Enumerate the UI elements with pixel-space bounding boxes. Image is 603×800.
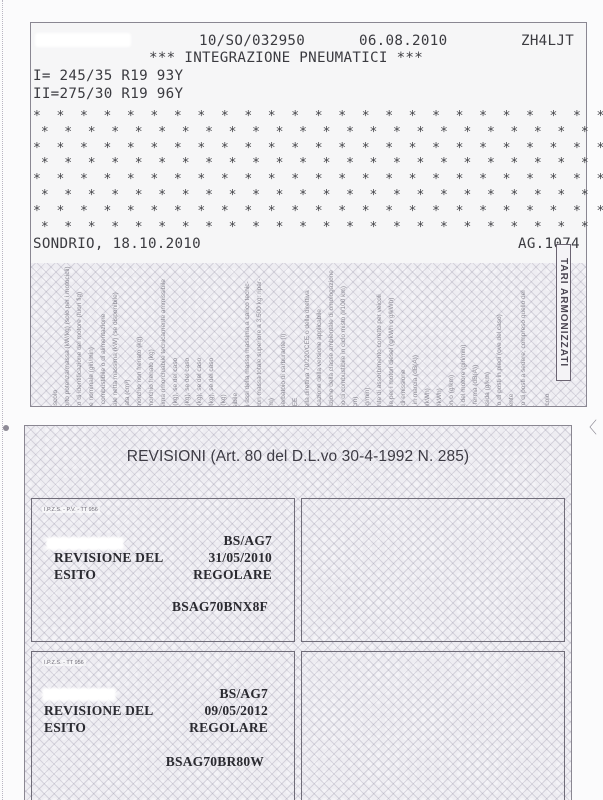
printed-sticker: 10/SO/032950 06.08.2010 ZH4LJT *** INTEG… [31, 23, 586, 263]
revision-box-1: I.P.Z.S. - P.V. - TT 956 BS/AG7 REVISION… [31, 498, 295, 642]
tyre-line-rear: II=275/30 R19 96Y [33, 86, 183, 102]
page-binding-edge [2, 0, 8, 800]
asterisk-row: * * * * * * * * * * * * * * * * * * * * … [33, 125, 603, 140]
revision-date: 31/05/2010 [208, 550, 272, 566]
tyre-line-front: I= 245/35 R19 93Y [33, 68, 183, 84]
fine-print-line: ero di identificazione del motore (fuori… [76, 263, 83, 406]
redacted-field [46, 537, 124, 550]
stamp-code: I.P.Z.S. - P.V. - TT 956 [42, 507, 100, 513]
fine-print-line: ri di emissione [400, 263, 407, 406]
fine-print-line: 5 (kg), se del caso [172, 263, 179, 406]
revisions-panel: REVISIONI (Art. 80 del D.L.vo 30-4-1992 … [24, 425, 572, 800]
fine-print-line: ocm) [352, 263, 359, 406]
fine-print-line: 2 (kg), se del caso [208, 263, 215, 406]
fine-print-line: 1 (kg) [220, 263, 227, 406]
fine-print-line: (g/kWh) [424, 263, 431, 406]
fine-print-line: dicazione della versione applicabile [316, 263, 323, 406]
revision-box-2: I.P.Z.S. - TT 956 BS/AG7 REVISIONE DEL 0… [31, 651, 295, 800]
revision-date: 09/05/2012 [204, 703, 268, 719]
fine-print-line: (g/kWh) [436, 263, 443, 406]
fine-print-line: ale nominale (giri/min) [88, 263, 95, 406]
fine-print-line: ero di posti in piedi (ove del caso) [496, 263, 503, 406]
fine-print-line: rimorchio non frenato (kg) [136, 263, 143, 406]
fine-print-line: lo in marcia (dB(A)) [412, 263, 419, 406]
issue-date: 06.08.2010 [359, 33, 447, 49]
fine-print-line: ar [532, 263, 539, 406]
fine-print-line: inale netta massima (kW) (se disponibile… [112, 263, 119, 406]
background-fine-print: tacoloarero di posti a sedere, compreso … [31, 263, 586, 406]
fine-print-line: ruscolo [52, 263, 59, 406]
revisions-title: REVISIONI (Art. 80 del D.L.vo 30-4-1992 … [25, 448, 571, 466]
fine-print-line: mm) [268, 263, 275, 406]
fine-print-line: della direttiva 70/220/CEE o della diret… [304, 263, 311, 406]
fine-print-line: i on o (g/km) [448, 263, 455, 406]
fine-print-line: lente di assorbimento corretto per veico… [376, 263, 383, 406]
revision-outcome: REGOLARE [193, 567, 272, 583]
asterisk-row: * * * * * * * * * * * * * * * * * * * * … [33, 156, 603, 171]
fine-print-line: i con massa totale superiore a 3.500 kg:… [256, 263, 263, 406]
fine-print-line: gli assi della massa massima a carico te… [244, 263, 251, 406]
binding-hole [3, 425, 9, 431]
revision-protocol: BSAG70BR80W [166, 754, 264, 770]
fine-print-line: i (g/min) [364, 263, 371, 406]
asterisk-row: * * * * * * * * * * * * * * * * * * * * … [33, 188, 603, 203]
fine-print-line: ssibile [232, 263, 239, 406]
revision-box-empty-1 [301, 498, 565, 642]
fine-print-line: tacolo [544, 263, 551, 406]
fine-print-line: i serbatoio di carburante (l) [280, 263, 287, 406]
fold-mark: 〈 [581, 415, 597, 438]
fine-print-line: mata (cm³) [124, 263, 131, 406]
asterisk-row: * * * * * * * * * * * * * * * * * * * * … [33, 204, 603, 219]
fine-print-line: cazione della classe ambientale di omolo… [328, 263, 335, 406]
revision-protocol: BSAG70BNX8F [172, 599, 268, 615]
asterisk-row: * * * * * * * * * * * * * * * * * * * * … [33, 172, 603, 187]
asterisk-row: * * * * * * * * * * * * * * * * * * * * … [33, 141, 603, 156]
fine-print-line: ero di posti a sedere, compreso quello d… [520, 263, 527, 406]
asterisk-row: * * * * * * * * * * * * * * * * * * * * … [33, 220, 603, 235]
sticker-code: ZH4LJT [521, 33, 574, 49]
fine-print-line: porto potenza/massa (kW/kg) (solo per i … [64, 263, 71, 406]
fine-print-line: di combustibile o di alimentazione [100, 263, 107, 406]
revision-outcome: REGOLARE [189, 720, 268, 736]
fine-print-line: icente [508, 263, 515, 406]
fine-print-line: iale per i motori diesel (g/kWh o g/kWh) [388, 263, 395, 406]
sticker-title: *** INTEGRAZIONE PNEUMATICI *** [149, 50, 423, 66]
fine-print-line: imo di combustibile in ciclo misto (l/10… [340, 263, 347, 406]
asterisk-row: * * * * * * * * * * * * * * * * * * * * … [33, 109, 603, 124]
revision-box-empty-2 [301, 651, 565, 800]
fine-print-line: 4 (kg), se del caso [184, 263, 191, 406]
reference-number: 10/SO/032950 [199, 33, 305, 49]
tyre-integration-panel: 10/SO/032950 06.08.2010 ZH4LJT *** INTEG… [30, 22, 587, 407]
fine-print-line: ssima rimorchiabile tecnicamente ammissi… [160, 263, 167, 406]
fine-print-line: rimorchio frenato (kg) [148, 263, 155, 406]
fine-print-line: 3 (kg), se del caso [196, 263, 203, 406]
revision-office: BS/AG7 [220, 686, 268, 702]
revision-outcome-label: ESITO [44, 720, 86, 736]
harmonised-codes-label: TARI ARMONIZZATI [556, 244, 571, 381]
place-date: SONDRIO, 18.10.2010 [33, 236, 201, 252]
revision-date-label: REVISIONE DEL [44, 703, 154, 719]
redacted-field [35, 33, 131, 47]
fine-print-line: nti del motore (giri/min) [460, 263, 467, 406]
fine-print-line: lo ferma (dB(A)) [472, 263, 479, 406]
fine-print-line: CEE [292, 263, 299, 406]
fine-print-line: ossida (g/km) [484, 263, 491, 406]
stamp-code: I.P.Z.S. - TT 956 [42, 660, 86, 666]
revision-outcome-label: ESITO [54, 567, 96, 583]
revision-office: BS/AG7 [224, 533, 272, 549]
redacted-field [42, 688, 116, 701]
revision-date-label: REVISIONE DEL [54, 550, 164, 566]
